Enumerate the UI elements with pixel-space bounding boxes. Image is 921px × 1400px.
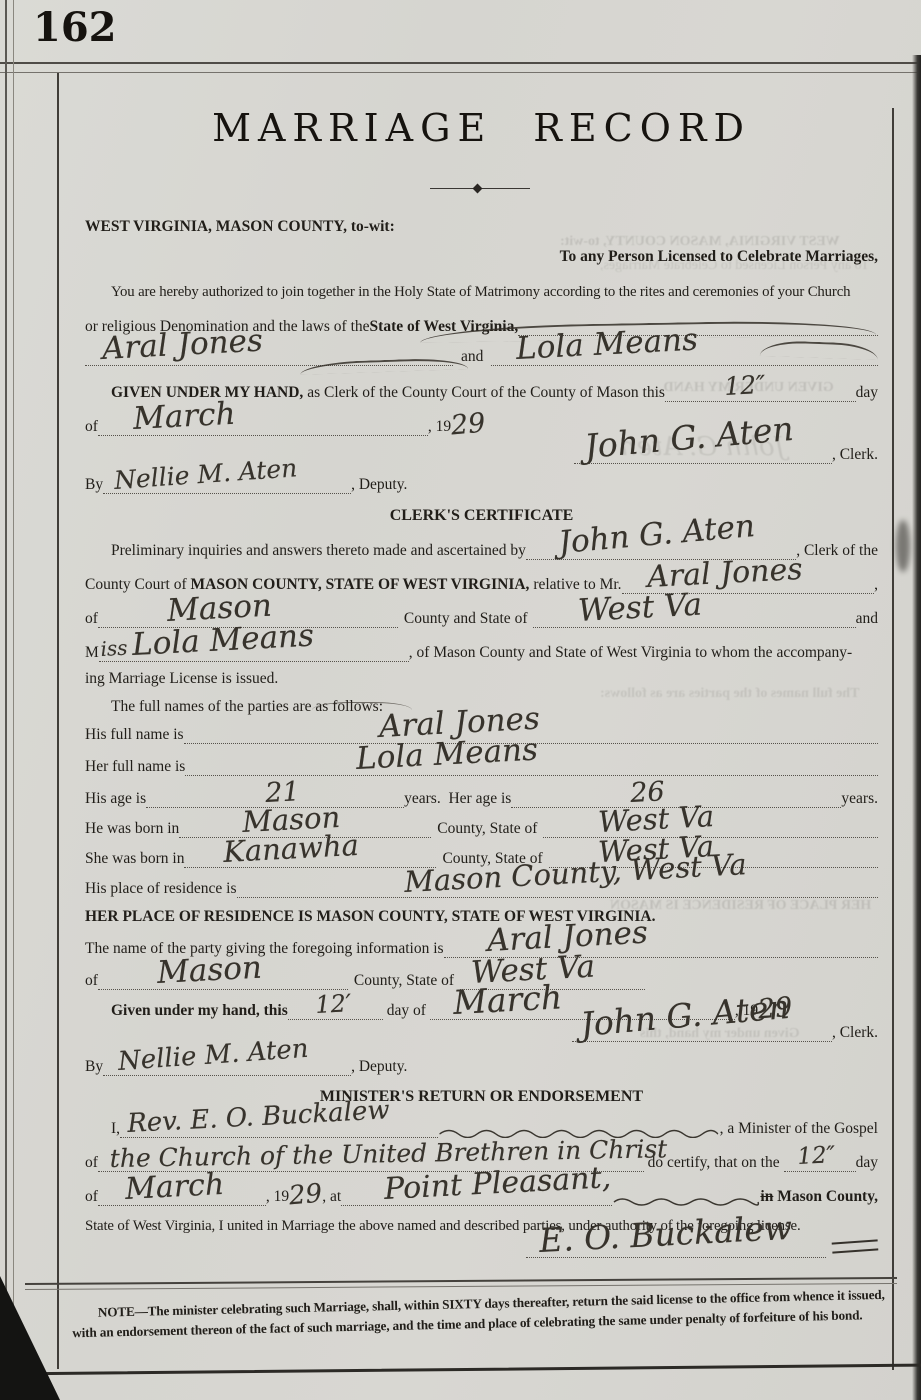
line-license-issued: ing Marriage License is issued. — [85, 668, 878, 688]
clerk-of-the: , Clerk of the — [796, 541, 878, 560]
her-name-handwriting: Lola Means — [356, 735, 539, 775]
clerk-signature-handwriting: John G. Aten — [579, 990, 791, 1041]
line-minister-name: I, Rev. E. O. Buckalew , a Minister of t… — [85, 1118, 878, 1138]
ornament-diamond — [473, 184, 483, 194]
years-word: years. — [841, 789, 878, 808]
county-heading: WEST VIRGINIA, MASON COUNTY, to-wit: — [85, 217, 395, 236]
year-handwriting: 29 — [288, 1184, 323, 1208]
clerk-word: , Clerk. — [832, 445, 878, 464]
at-label: , at — [322, 1187, 341, 1206]
line-minister-signature: E. O. Buckalew — [85, 1238, 878, 1258]
month-handwriting: March — [132, 399, 236, 435]
and-label: and — [461, 347, 483, 366]
page-number: 162 — [33, 4, 117, 51]
year-printed: , 19 — [266, 1187, 289, 1206]
license-issued-text: ing Marriage License is issued. — [85, 669, 278, 688]
state-handwriting: West Va — [578, 590, 703, 627]
minister-month-handwriting: March — [124, 1170, 225, 1205]
line-informant-clerk-signature: John G. Aten , Clerk. — [85, 1022, 878, 1042]
certificate-heading: CLERK'S CERTIFICATE — [390, 506, 574, 525]
line-to-wit: WEST VIRGINIA, MASON COUNTY, to-wit: — [85, 216, 878, 236]
county-court-text: County Court of — [85, 575, 191, 594]
year-printed: , 19 — [428, 417, 451, 436]
groom-name-handwriting: Aral Jones — [101, 326, 263, 365]
minister-day-handwriting: 12″ — [796, 1144, 835, 1169]
page-edge-line-inner — [13, 0, 14, 1400]
form-left-margin-rule — [57, 73, 59, 1369]
minister-signature-blank: E. O. Buckalew — [526, 1238, 826, 1258]
she-born-county-handwriting: Kanawha — [223, 831, 360, 867]
place-handwriting: Point Pleasant, — [384, 1163, 612, 1205]
comma: , — [874, 575, 878, 594]
authorization-text: You are hereby authorized to join togeth… — [85, 283, 850, 302]
place-blank: Point Pleasant, — [341, 1186, 612, 1206]
bottom-rule — [0, 1363, 921, 1375]
minister-name-blank: Rev. E. O. Buckalew — [120, 1118, 438, 1138]
line-bride: M iss Lola Means , of Mason County and S… — [85, 642, 878, 662]
footer-note: NOTE—The minister celebrating such Marri… — [72, 1285, 891, 1344]
line-ages: His age is 21 years. Her age is 26 years… — [85, 788, 878, 808]
informant-month-handwriting: March — [452, 980, 563, 1019]
county-state-label: County, State of — [354, 971, 454, 990]
year-handwriting: 29 — [450, 413, 486, 438]
month-blank: March — [98, 416, 428, 436]
gospel-label: , a Minister of the Gospel — [720, 1119, 878, 1138]
certify-label: do certify, that on the — [648, 1153, 780, 1172]
line-authorization-1: You are hereby authorized to join togeth… — [85, 282, 878, 302]
his-name-label: His full name is — [85, 725, 184, 744]
bride-name-handwriting: Lola Means — [131, 621, 314, 661]
of-word: of — [85, 1187, 98, 1206]
she-born-label: She was born in — [85, 849, 184, 868]
bride-name-handwriting: Lola Means — [516, 325, 699, 365]
clerk-word: , Clerk. — [832, 1023, 878, 1042]
signature-flourish — [832, 1239, 879, 1253]
ink-smudge — [896, 520, 910, 572]
state-blank: West Va — [533, 608, 855, 628]
page-title: MARRIAGE RECORD — [85, 106, 878, 150]
day-handwriting: 12″ — [724, 372, 766, 399]
his-residence-blank: Mason County, West Va — [237, 878, 879, 898]
bride-name-blank: iss Lola Means — [99, 642, 409, 662]
line-addressee: To any Person Licensed to Celebrate Marr… — [85, 246, 878, 266]
line-informant-deputy: By Nellie M. Aten , Deputy. — [85, 1056, 878, 1076]
day-of-label: day of — [387, 1001, 426, 1020]
his-residence-label: His place of residence is — [85, 879, 237, 898]
his-age-label: His age is — [85, 789, 146, 808]
in-word-struck: in — [760, 1187, 773, 1206]
and-word: and — [856, 609, 878, 628]
informant-county-blank: Mason — [98, 970, 348, 990]
scan-right-shadow — [912, 55, 921, 1400]
informant-day-blank: 12′ — [288, 1000, 383, 1020]
she-born-county-blank: Kanawha — [184, 848, 436, 868]
informant-day-handwriting: 12′ — [314, 991, 351, 1017]
her-name-label: Her full name is — [85, 757, 185, 776]
clerk-signature-blank: John G. Aten — [572, 1022, 832, 1042]
i-word: I, — [85, 1119, 120, 1138]
mason-county-label: Mason County, — [773, 1187, 878, 1206]
page-edge-line-outer — [5, 0, 7, 1400]
deputy-word: , Deputy. — [351, 475, 407, 494]
county-state-label: County and State of — [404, 609, 528, 628]
day-word: day — [856, 1153, 878, 1172]
binding-corner-shadow — [0, 1276, 60, 1400]
day-word: day — [856, 383, 878, 402]
minister-heading-row: MINISTER'S RETURN OR ENDORSEMENT — [85, 1086, 878, 1106]
her-name-blank: Lola Means — [185, 756, 878, 776]
line-he-born: He was born in Mason County, State of We… — [85, 818, 878, 838]
county-state-label: County, State of — [437, 819, 537, 838]
of-word: of — [85, 417, 98, 436]
preliminary-text: Preliminary inquiries and answers theret… — [85, 541, 526, 560]
minister-month-blank: March — [98, 1186, 266, 1206]
given-under-rest: as Clerk of the County Court of the Coun… — [303, 383, 665, 402]
day-blank: 12″ — [665, 382, 856, 402]
her-age-label: years. Her age is — [404, 789, 511, 808]
line-her-name: Her full name is Lola Means — [85, 756, 878, 776]
scanned-marriage-record-page: WEST VIRGINIA, MASON COUNTY, to-wit: To … — [0, 0, 921, 1400]
minister-day-blank: 12″ — [784, 1152, 856, 1172]
deputy-blank: Nellie M. Aten — [103, 1056, 351, 1076]
deputy-blank: Nellie M. Aten — [103, 474, 351, 494]
line-party-names: Aral Jones and Lola Means — [85, 346, 878, 366]
m-prefix: M — [85, 643, 99, 662]
top-rule-inner — [0, 72, 921, 73]
miss-handwriting: iss — [100, 638, 128, 659]
line-deputy: By Nellie M. Aten , Deputy. — [85, 474, 878, 494]
given-hand-label: Given under my hand, this — [85, 1001, 288, 1020]
line-his-residence: His place of residence is Mason County, … — [85, 878, 878, 898]
by-word: By — [85, 1057, 103, 1076]
ditto-stroke — [612, 1193, 760, 1206]
of-word: of — [85, 609, 98, 628]
title-ornament — [430, 184, 530, 193]
form-right-margin-rule — [892, 108, 894, 1370]
certificate-heading-row: CLERK'S CERTIFICATE — [85, 505, 878, 525]
clerk-signature-blank: John G. Aten — [574, 444, 832, 464]
accompanying-text: , of Mason County and State of West Virg… — [409, 643, 852, 662]
line-minister-date-place: of March , 19 29 , at Point Pleasant, in… — [85, 1186, 878, 1206]
line-her-residence: HER PLACE OF RESIDENCE IS MASON COUNTY, … — [85, 906, 878, 926]
by-word: By — [85, 475, 103, 494]
top-rule-outer — [0, 62, 921, 64]
deputy-word: , Deputy. — [351, 1057, 407, 1076]
informant-county-handwriting: Mason — [156, 953, 262, 989]
of-word: of — [85, 971, 98, 990]
he-born-label: He was born in — [85, 819, 179, 838]
of-word: of — [85, 1153, 98, 1172]
informant-label: The name of the party giving the foregoi… — [85, 939, 444, 958]
addressee: To any Person Licensed to Celebrate Marr… — [560, 247, 878, 266]
